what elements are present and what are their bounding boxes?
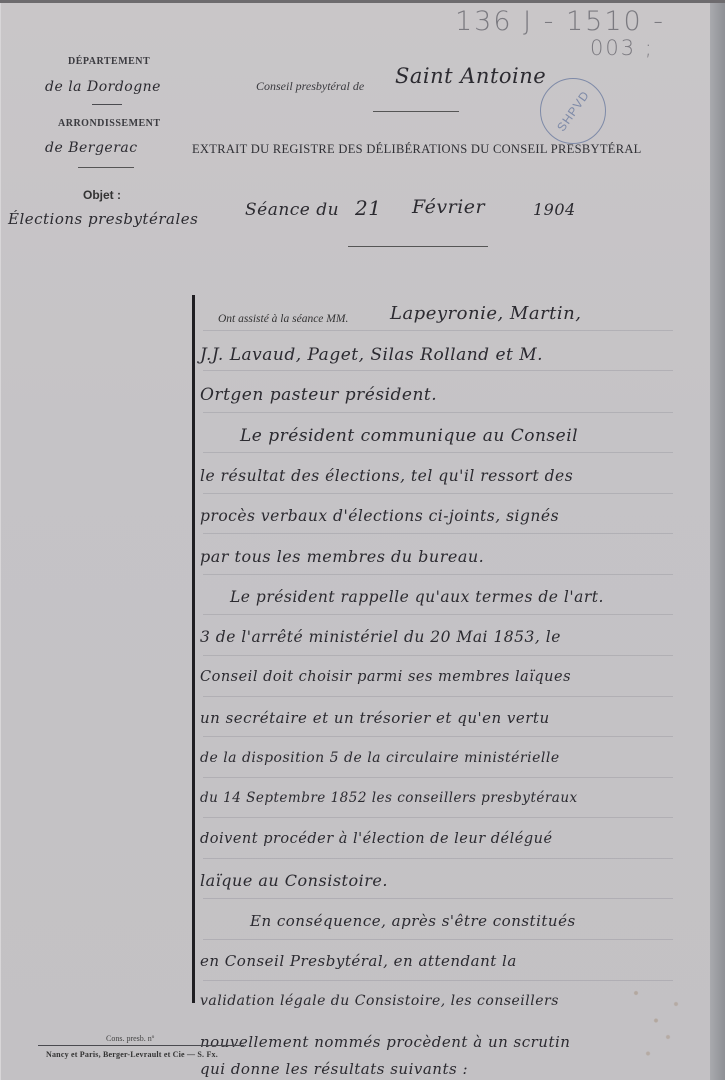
body-line: par tous les membres du bureau.	[200, 547, 484, 566]
body-line: J.J. Lavaud, Paget, Silas Rolland et M.	[200, 345, 543, 365]
body-line: Lapeyronie, Martin,	[390, 303, 582, 324]
paper-stains	[620, 960, 700, 1070]
body-line: Le président communique au Conseil	[240, 426, 578, 446]
body-line: Le président rappelle qu'aux termes de l…	[230, 588, 604, 606]
body-line: de la disposition 5 de la circulaire min…	[200, 750, 560, 766]
objet-label: Objet :	[83, 188, 121, 202]
margin-rule	[192, 295, 195, 1003]
seance-year: 1904	[533, 200, 576, 219]
body-line: Ortgen pasteur président.	[200, 385, 437, 405]
ornament-divider	[373, 111, 459, 112]
stamp-text: SHPVD	[554, 88, 592, 134]
body-line: En conséquence, après s'être constitués	[250, 912, 576, 930]
seance-label: Séance du	[245, 200, 339, 220]
seance-day: 21	[355, 196, 381, 220]
shpvd-stamp: SHPVD	[540, 78, 606, 144]
body-line: laïque au Consistoire.	[200, 871, 388, 890]
body-line: doivent procéder à l'élection de leur dé…	[200, 831, 553, 847]
body-line: qui donne les résultats suivants :	[200, 1060, 468, 1078]
ornament-divider	[348, 246, 488, 247]
footer-printer: Nancy et Paris, Berger-Levrault et Cie —…	[46, 1050, 218, 1059]
departement-value: de la Dordogne	[45, 79, 161, 95]
body-line: un secrétaire et un trésorier et qu'en v…	[200, 709, 550, 727]
archive-reference-line2: 003 ;	[590, 36, 654, 60]
arrondissement-value: de Bergerac	[45, 140, 138, 156]
body-line: en Conseil Presbytéral, en attendant la	[200, 952, 517, 970]
conseil-label: Conseil presbytéral de	[256, 79, 364, 94]
attendance-label: Ont assisté à la séance MM.	[218, 313, 348, 325]
body-line: validation légale du Consistoire, les co…	[200, 993, 559, 1009]
conseil-value: Saint Antoine	[395, 64, 546, 88]
body-line: procès verbaux d'élections ci-joints, si…	[200, 507, 559, 525]
footer-divider	[38, 1045, 244, 1046]
page-edge	[710, 0, 725, 1080]
departement-label: DÉPARTEMENT	[68, 56, 150, 67]
body-line: Conseil doit choisir parmi ses membres l…	[200, 669, 571, 685]
body-line: du 14 Septembre 1852 les conseillers pre…	[200, 790, 578, 806]
divider	[92, 104, 122, 105]
document-title: EXTRAIT DU REGISTRE DES DÉLIBÉRATIONS DU…	[192, 142, 642, 157]
arrondissement-label: ARRONDISSEMENT	[58, 118, 161, 129]
objet-value: Élections presbytérales	[8, 210, 198, 228]
body-line: 3 de l'arrêté ministériel du 20 Mai 1853…	[200, 628, 561, 646]
body-line: nouvellement nommés procèdent à un scrut…	[200, 1033, 570, 1051]
ornament-divider	[78, 167, 134, 168]
footer-cons-presb: Cons. presb. nº	[106, 1034, 154, 1043]
seance-month: Février	[412, 196, 485, 218]
top-edge	[0, 0, 725, 3]
archive-reference-line1: 136 J - 1510 -	[455, 6, 665, 37]
body-line: le résultat des élections, tel qu'il res…	[200, 467, 573, 485]
